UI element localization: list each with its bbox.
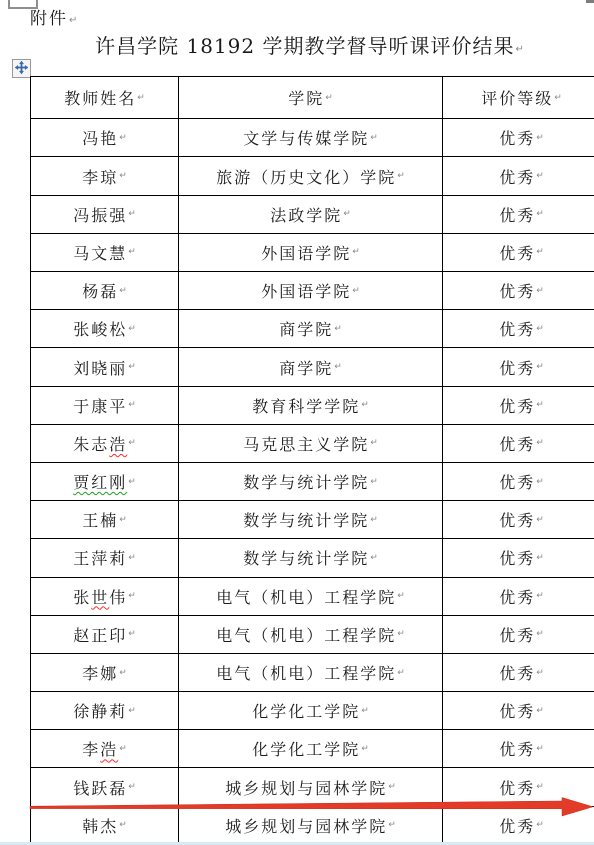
college-text: 数学与统计学院 [243, 508, 369, 531]
college-text: 城乡规划与园林学院 [225, 776, 387, 799]
teacher-name-cell[interactable]: 刘晓丽↵ [31, 348, 179, 386]
cell-end-mark: ↵ [536, 286, 544, 296]
table-row: 李浩↵ 化学化工学院↵ 优秀↵ [31, 730, 594, 768]
college-cell[interactable]: 数学与统计学院↵ [179, 501, 443, 539]
cell-end-mark: ↵ [128, 591, 136, 601]
college-text: 文学与传媒学院 [243, 126, 369, 149]
page-boundary-mark-top-right [586, 0, 594, 3]
cell-end-mark: ↵ [343, 209, 351, 219]
teacher-name-cell[interactable]: 王萍莉↵ [31, 539, 179, 577]
cell-end-mark: ↵ [128, 477, 136, 487]
teacher-name-text: 杨磊 [82, 279, 118, 302]
cell-end-mark: ↵ [536, 400, 544, 410]
teacher-name-cell[interactable]: 马文慧↵ [31, 234, 179, 272]
cell-end-mark: ↵ [370, 133, 378, 143]
cell-end-mark: ↵ [536, 820, 544, 830]
cell-end-mark: ↵ [397, 668, 405, 678]
cell-end-mark: ↵ [536, 782, 544, 792]
college-text: 化学化工学院 [252, 699, 360, 722]
cell-end-mark: ↵ [536, 706, 544, 716]
cell-end-mark: ↵ [536, 744, 544, 754]
grade-cell[interactable]: 优秀↵ [443, 234, 594, 272]
cell-end-mark: ↵ [370, 515, 378, 525]
grade-cell[interactable]: 优秀↵ [443, 425, 594, 463]
cell-end-mark: ↵ [370, 438, 378, 448]
cell-end-mark: ↵ [536, 324, 544, 334]
grade-cell[interactable]: 优秀↵ [443, 119, 594, 157]
college-cell[interactable]: 商学院↵ [179, 348, 443, 386]
table-row: 王楠↵ 数学与统计学院↵ 优秀↵ [31, 501, 594, 539]
grade-cell[interactable]: 优秀↵ [443, 463, 594, 501]
teacher-name-cell[interactable]: 张世伟↵ [31, 578, 179, 616]
cell-end-mark: ↵ [361, 400, 369, 410]
college-cell[interactable]: 旅游（历史文化）学院↵ [179, 157, 443, 195]
cell-end-mark: ↵ [119, 286, 127, 296]
cell-end-mark: ↵ [554, 93, 562, 103]
header-teacher-name-text: 教师姓名 [64, 86, 136, 109]
grade-cell[interactable]: 优秀↵ [443, 387, 594, 425]
college-text: 教育科学学院 [252, 394, 360, 417]
teacher-name-cell[interactable]: 杨磊↵ [31, 272, 179, 310]
college-text: 电气（机电）工程学院 [216, 623, 396, 646]
table-move-handle[interactable] [12, 59, 31, 78]
college-text: 数学与统计学院 [243, 470, 369, 493]
college-text: 化学化工学院 [252, 737, 360, 760]
cell-end-mark: ↵ [119, 744, 127, 754]
college-cell[interactable]: 法政学院↵ [179, 196, 443, 234]
teacher-name-cell[interactable]: 李浩↵ [31, 730, 179, 768]
teacher-name-text: 王楠 [82, 508, 118, 531]
grade-text: 优秀 [499, 737, 535, 760]
cell-end-mark: ↵ [370, 477, 378, 487]
grade-cell[interactable]: 优秀↵ [443, 578, 594, 616]
teacher-name-cell[interactable]: 韩杰↵ [31, 807, 179, 845]
cell-end-mark: ↵ [388, 820, 396, 830]
college-cell[interactable]: 商学院↵ [179, 310, 443, 348]
college-cell[interactable]: 外国语学院↵ [179, 234, 443, 272]
table-row: 于康平↵ 教育科学学院↵ 优秀↵ [31, 387, 594, 425]
teacher-name-text: 李浩 [82, 737, 118, 760]
grade-cell[interactable]: 优秀↵ [443, 807, 594, 845]
cell-end-mark: ↵ [361, 706, 369, 716]
grade-cell[interactable]: 优秀↵ [443, 196, 594, 234]
grade-text: 优秀 [499, 776, 535, 799]
header-grade[interactable]: 评价等级↵ [443, 77, 594, 119]
cell-end-mark: ↵ [361, 744, 369, 754]
college-text: 外国语学院 [261, 279, 351, 302]
cell-end-mark: ↵ [352, 247, 360, 257]
cell-end-mark: ↵ [334, 324, 342, 334]
grade-cell[interactable]: 优秀↵ [443, 348, 594, 386]
four-way-move-arrow-icon [15, 59, 28, 78]
table-row: 徐静莉↵ 化学化工学院↵ 优秀↵ [31, 692, 594, 730]
cell-end-mark: ↵ [536, 362, 544, 372]
cell-end-mark: ↵ [388, 782, 396, 792]
header-grade-text: 评价等级 [481, 86, 553, 109]
college-cell[interactable]: 数学与统计学院↵ [179, 463, 443, 501]
header-college[interactable]: 学院↵ [179, 77, 443, 119]
teacher-name-text: 冯振强 [73, 203, 127, 226]
grade-text: 优秀 [499, 661, 535, 684]
teacher-name-cell[interactable]: 张峻松↵ [31, 310, 179, 348]
table-row: 冯振强↵ 法政学院↵ 优秀↵ [31, 196, 594, 234]
table-row: 李娜↵ 电气（机电）工程学院↵ 优秀↵ [31, 654, 594, 692]
grade-text: 优秀 [499, 394, 535, 417]
grade-cell[interactable]: 优秀↵ [443, 272, 594, 310]
cell-end-mark: ↵ [325, 93, 333, 103]
cell-end-mark: ↵ [119, 171, 127, 181]
cell-end-mark: ↵ [536, 668, 544, 678]
cell-end-mark: ↵ [536, 209, 544, 219]
cell-end-mark: ↵ [334, 362, 342, 372]
college-cell[interactable]: 电气（机电）工程学院↵ [179, 578, 443, 616]
teacher-name-text: 王萍莉 [73, 546, 127, 569]
grade-cell[interactable]: 优秀↵ [443, 654, 594, 692]
grade-text: 优秀 [499, 814, 535, 837]
cell-end-mark: ↵ [128, 362, 136, 372]
table-row: 韩杰↵ 城乡规划与园林学院↵ 优秀↵ [31, 807, 594, 845]
teacher-name-cell[interactable]: 李娜↵ [31, 654, 179, 692]
grade-text: 优秀 [499, 508, 535, 531]
grade-cell[interactable]: 优秀↵ [443, 730, 594, 768]
grade-cell[interactable]: 优秀↵ [443, 539, 594, 577]
cell-end-mark: ↵ [128, 400, 136, 410]
cell-end-mark: ↵ [397, 171, 405, 181]
college-text: 电气（机电）工程学院 [216, 661, 396, 684]
table-row: 张世伟↵ 电气（机电）工程学院↵ 优秀↵ [31, 578, 594, 616]
table-row: 赵正印↵ 电气（机电）工程学院↵ 优秀↵ [31, 616, 594, 654]
paragraph-mark: ↵ [515, 44, 524, 55]
document-title: 许昌学院 18192 学期教学督导听课评价结果↵ [30, 30, 590, 59]
college-cell[interactable]: 化学化工学院↵ [179, 730, 443, 768]
college-text: 城乡规划与园林学院 [225, 814, 387, 837]
cell-end-mark: ↵ [352, 286, 360, 296]
cell-end-mark: ↵ [397, 591, 405, 601]
paragraph-mark: ↵ [69, 15, 79, 26]
grade-text: 优秀 [499, 699, 535, 722]
cell-end-mark: ↵ [536, 477, 544, 487]
college-cell[interactable]: 电气（机电）工程学院↵ [179, 654, 443, 692]
college-text: 数学与统计学院 [243, 546, 369, 569]
teacher-name-text: 刘晓丽 [73, 356, 127, 379]
grade-text: 优秀 [499, 432, 535, 455]
table-row: 马文慧↵ 外国语学院↵ 优秀↵ [31, 234, 594, 272]
teacher-name-cell[interactable]: 冯艳↵ [31, 119, 179, 157]
grade-cell[interactable]: 优秀↵ [443, 692, 594, 730]
teacher-name-cell[interactable]: 李琼↵ [31, 157, 179, 195]
teacher-name-text: 贾红刚 [73, 470, 127, 493]
teacher-name-text: 赵正印 [73, 623, 127, 646]
teacher-name-cell[interactable]: 于康平↵ [31, 387, 179, 425]
table-row: 杨磊↵ 外国语学院↵ 优秀↵ [31, 272, 594, 310]
college-text: 法政学院 [270, 203, 342, 226]
college-cell[interactable]: 马克思主义学院↵ [179, 425, 443, 463]
college-cell[interactable]: 城乡规划与园林学院↵ [179, 807, 443, 845]
word-document-page: 附件↵ 许昌学院 18192 学期教学督导听课评价结果↵ 教师姓名↵ 学院↵ 评… [0, 0, 594, 845]
teacher-name-text: 马文慧 [73, 241, 127, 264]
cell-end-mark: ↵ [119, 668, 127, 678]
college-cell[interactable]: 城乡规划与园林学院↵ [179, 768, 443, 806]
college-text: 马克思主义学院 [243, 432, 369, 455]
header-college-text: 学院 [288, 86, 324, 109]
cell-end-mark: ↵ [536, 515, 544, 525]
grade-text: 优秀 [499, 126, 535, 149]
college-text: 商学院 [279, 356, 333, 379]
table-row: 朱志浩↵ 马克思主义学院↵ 优秀↵ [31, 425, 594, 463]
grade-text: 优秀 [499, 241, 535, 264]
cell-end-mark: ↵ [128, 247, 136, 257]
grade-text: 优秀 [499, 203, 535, 226]
college-cell[interactable]: 教育科学学院↵ [179, 387, 443, 425]
grade-cell[interactable]: 优秀↵ [443, 501, 594, 539]
teacher-name-text: 钱跃磊 [73, 776, 127, 799]
cell-end-mark: ↵ [536, 553, 544, 563]
table-row: 王萍莉↵ 数学与统计学院↵ 优秀↵ [31, 539, 594, 577]
grade-text: 优秀 [499, 165, 535, 188]
grade-text: 优秀 [499, 279, 535, 302]
teacher-name-cell[interactable]: 赵正印↵ [31, 616, 179, 654]
table-row: 李琼↵ 旅游（历史文化）学院↵ 优秀↵ [31, 157, 594, 195]
teacher-name-text: 张世伟 [73, 585, 127, 608]
attachment-text: 附件 [30, 9, 68, 29]
document-title-text: 许昌学院 18192 学期教学督导听课评价结果 [95, 34, 514, 58]
teacher-name-text: 李琼 [82, 165, 118, 188]
teacher-name-cell[interactable]: 朱志浩↵ [31, 425, 179, 463]
grade-text: 优秀 [499, 623, 535, 646]
college-cell[interactable]: 文学与传媒学院↵ [179, 119, 443, 157]
cell-end-mark: ↵ [128, 629, 136, 639]
grade-text: 优秀 [499, 585, 535, 608]
cell-end-mark: ↵ [370, 553, 378, 563]
teacher-name-text: 于康平 [73, 394, 127, 417]
attachment-label: 附件↵ [30, 4, 79, 29]
teacher-name-cell[interactable]: 徐静莉↵ [31, 692, 179, 730]
teacher-name-cell[interactable]: 冯振强↵ [31, 196, 179, 234]
cell-end-mark: ↵ [128, 438, 136, 448]
teacher-name-cell[interactable]: 钱跃磊↵ [31, 768, 179, 806]
grade-text: 优秀 [499, 356, 535, 379]
table-row: 冯艳↵ 文学与传媒学院↵ 优秀↵ [31, 119, 594, 157]
table-row: 张峻松↵ 商学院↵ 优秀↵ [31, 310, 594, 348]
grade-cell[interactable]: 优秀↵ [443, 616, 594, 654]
cell-end-mark: ↵ [536, 438, 544, 448]
cell-end-mark: ↵ [536, 247, 544, 257]
cell-end-mark: ↵ [119, 820, 127, 830]
results-table-body: 冯艳↵ 文学与传媒学院↵ 优秀↵ 李琼↵ 旅游（历史文化）学院↵ 优秀↵ 冯振强… [31, 119, 594, 845]
teacher-name-cell[interactable]: 贾红刚↵ [31, 463, 179, 501]
teacher-name-text: 张峻松 [73, 317, 127, 340]
table-row: 贾红刚↵ 数学与统计学院↵ 优秀↵ [31, 463, 594, 501]
cell-end-mark: ↵ [137, 93, 145, 103]
header-teacher-name[interactable]: 教师姓名↵ [31, 77, 179, 119]
cell-end-mark: ↵ [536, 171, 544, 181]
cell-end-mark: ↵ [128, 782, 136, 792]
college-cell[interactable]: 数学与统计学院↵ [179, 539, 443, 577]
cell-end-mark: ↵ [119, 515, 127, 525]
teacher-name-text: 李娜 [82, 661, 118, 684]
cell-end-mark: ↵ [128, 553, 136, 563]
cell-end-mark: ↵ [128, 209, 136, 219]
college-text: 外国语学院 [261, 241, 351, 264]
grade-text: 优秀 [499, 546, 535, 569]
table-header-row: 教师姓名↵ 学院↵ 评价等级↵ [31, 77, 594, 119]
college-cell[interactable]: 化学化工学院↵ [179, 692, 443, 730]
college-text: 商学院 [279, 317, 333, 340]
cell-end-mark: ↵ [128, 706, 136, 716]
teacher-name-text: 冯艳 [82, 126, 118, 149]
teacher-name-text: 徐静莉 [73, 699, 127, 722]
grade-cell[interactable]: 优秀↵ [443, 768, 594, 806]
table-row: 钱跃磊↵ 城乡规划与园林学院↵ 优秀↵ [31, 768, 594, 806]
grade-text: 优秀 [499, 470, 535, 493]
cell-end-mark: ↵ [536, 133, 544, 143]
teacher-name-text: 朱志浩 [73, 432, 127, 455]
cell-end-mark: ↵ [536, 591, 544, 601]
table-row: 刘晓丽↵ 商学院↵ 优秀↵ [31, 348, 594, 386]
evaluation-results-table: 教师姓名↵ 学院↵ 评价等级↵ 冯艳↵ 文学与传媒学院↵ 优秀↵ 李琼↵ 旅游（… [30, 76, 594, 845]
grade-text: 优秀 [499, 317, 535, 340]
cell-end-mark: ↵ [536, 629, 544, 639]
cell-end-mark: ↵ [119, 133, 127, 143]
grade-cell[interactable]: 优秀↵ [443, 310, 594, 348]
college-text: 电气（机电）工程学院 [216, 585, 396, 608]
cell-end-mark: ↵ [128, 324, 136, 334]
college-cell[interactable]: 外国语学院↵ [179, 272, 443, 310]
college-text: 旅游（历史文化）学院 [216, 165, 396, 188]
cell-end-mark: ↵ [397, 629, 405, 639]
teacher-name-cell[interactable]: 王楠↵ [31, 501, 179, 539]
college-cell[interactable]: 电气（机电）工程学院↵ [179, 616, 443, 654]
teacher-name-text: 韩杰 [82, 814, 118, 837]
grade-cell[interactable]: 优秀↵ [443, 157, 594, 195]
